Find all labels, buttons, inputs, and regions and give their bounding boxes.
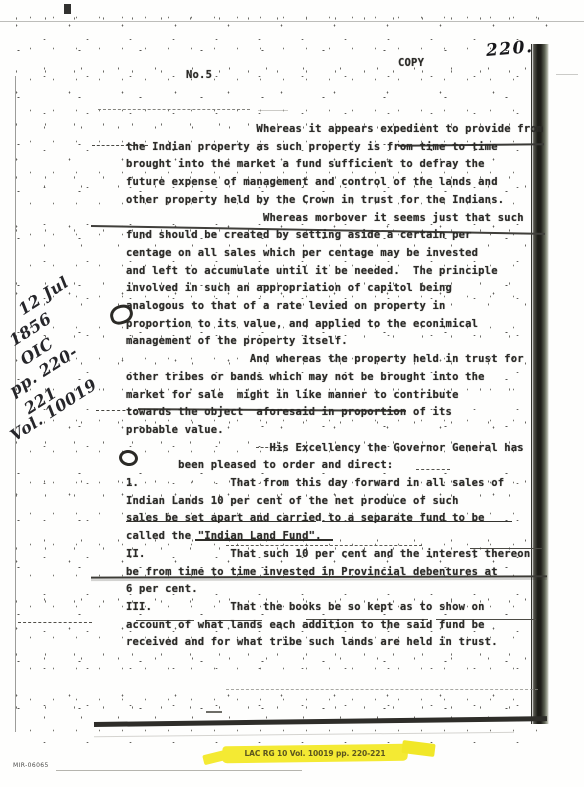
typed-line: future expense of management and control… (126, 174, 543, 192)
typed-line: Indian Lands 10 per cent of the net prod… (126, 493, 543, 511)
typed-line: other property held by the Crown in trus… (126, 192, 543, 210)
faint-dash-row (226, 689, 538, 690)
archive-reference-label: LAC RG 10 Vol. 10019 pp. 220-221 (222, 749, 408, 758)
typed-line: Whereas it appears expedient to provide … (126, 121, 543, 139)
typed-line: III. That the books be so kept as to sho… (126, 599, 543, 617)
typed-line: And whereas the property held in trust f… (126, 351, 543, 369)
typed-line: management of the property itself. (126, 333, 543, 351)
typed-line: centage on all sales which per centage m… (126, 245, 543, 263)
typed-line: 6 per cent. (126, 581, 543, 599)
typed-line: sales be set apart and carried to a sepa… (126, 510, 543, 528)
typed-line: the Indian property as such property is … (126, 139, 543, 157)
typed-line: Whereas morbover it seems just that such (126, 210, 543, 228)
corner-mark (64, 4, 71, 14)
left-edge-line (15, 76, 16, 732)
right-margin-dash (556, 74, 578, 75)
dashed-rule-under-no5 (98, 109, 250, 110)
top-scan-line (0, 21, 584, 22)
typed-line: probable value. (126, 422, 543, 440)
typed-line: received and for what tribe such lands a… (126, 634, 543, 652)
typed-line: II. That such 10 per cent and the intere… (126, 546, 543, 564)
typed-line: fund should be created by setting aside … (126, 227, 543, 245)
typed-line: account of what lands each addition to t… (126, 617, 543, 635)
stray-dash (258, 110, 288, 111)
typed-body: Whereas it appears expedient to provide … (126, 121, 543, 652)
bottom-frame-line (94, 716, 547, 726)
typed-line: called the "Indian Land Fund". (126, 528, 543, 546)
typed-line: His Excellency the Governor General has (126, 440, 543, 458)
typed-line: proportion to its value, and applied to … (126, 316, 543, 334)
archive-code: MIR-06065 (13, 762, 49, 769)
bottom-frame-echo (94, 732, 514, 737)
typed-line: brought into the market a fund sufficien… (126, 156, 543, 174)
typed-line: other tribes or bands which may not be b… (126, 369, 543, 387)
copy-stamp: COPY (398, 57, 424, 69)
typed-line: towards the object aforesaid in proporti… (126, 404, 543, 422)
handwritten-page-number: 220. (485, 37, 534, 61)
typed-line: be from time to time invested in Provinc… (126, 564, 543, 582)
document-number: No.5 (186, 69, 212, 81)
typed-line: analogous to that of a rate levied on pr… (126, 298, 543, 316)
typed-line: and left to accumulate until it be neede… (126, 263, 543, 281)
small-mark (206, 711, 222, 713)
typed-line: been pleased to order and direct: (126, 457, 543, 475)
margin-dashes (18, 622, 92, 623)
scanned-document-page: 220. COPY No.5 12 Jul1856OICpp. 220-221V… (0, 0, 584, 787)
footer-rule (56, 770, 302, 771)
typed-line: involved in such an appropriation of cap… (126, 280, 543, 298)
typed-line: 1. That from this day forward in all sal… (126, 475, 543, 493)
typed-line: market for sale might in like manner to … (126, 387, 543, 405)
